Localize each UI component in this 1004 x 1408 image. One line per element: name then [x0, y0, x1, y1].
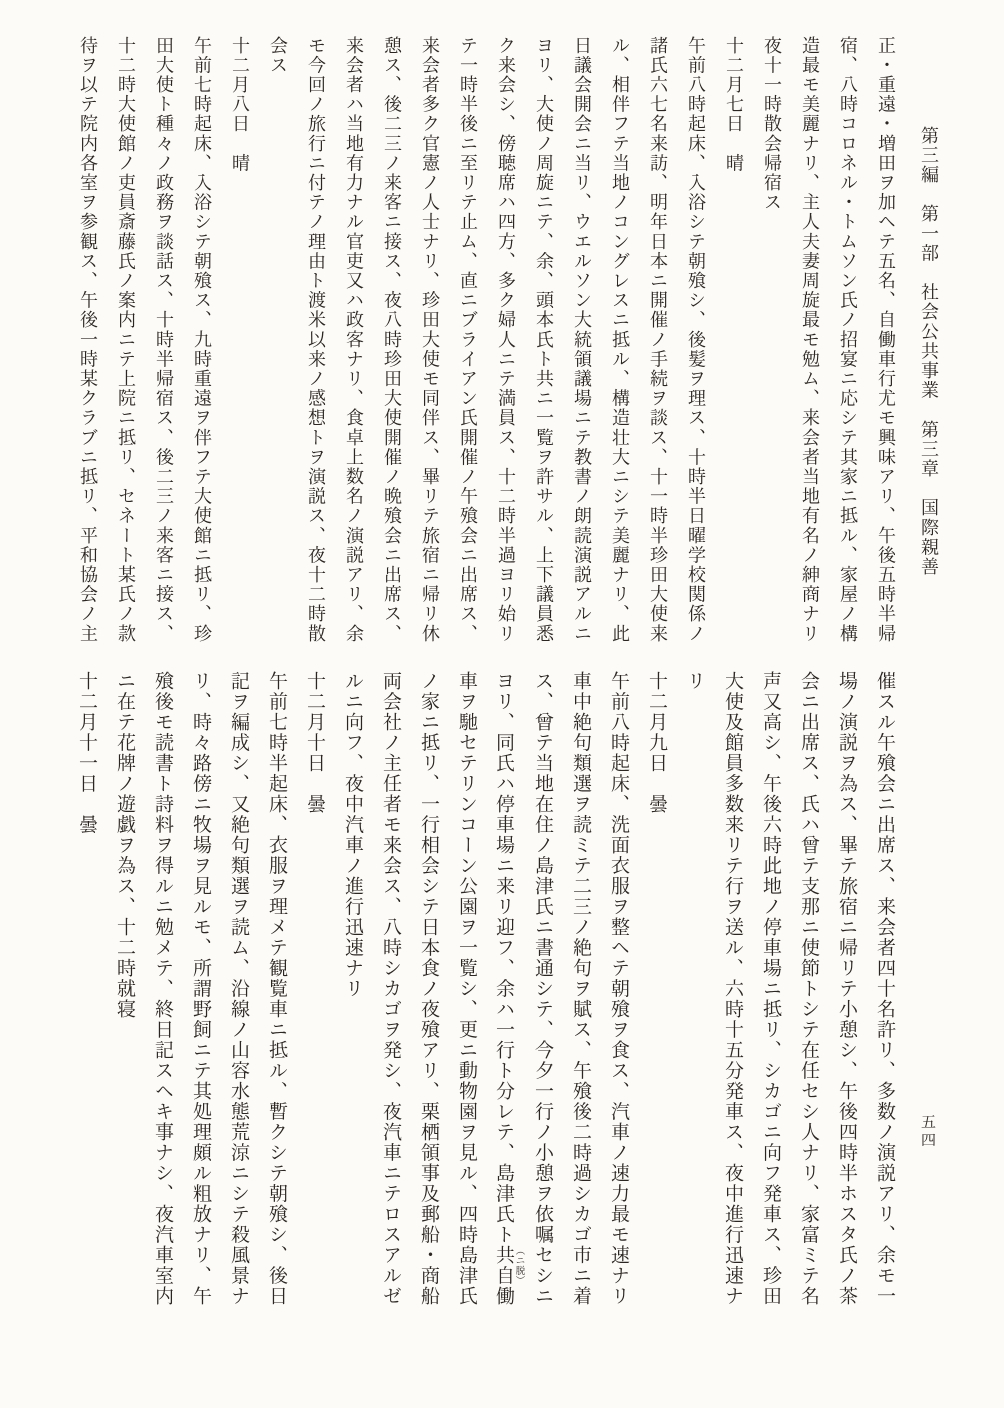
text-column: 正・重遠・増田ヲ加ヘテ五名、自働車行尤モ興味アリ、午後五時半帰: [866, 36, 904, 660]
text-column: 諸氏六七名来訪、明年日本ニ開催ノ手続ヲ談ス、十一時半珍田大使来: [638, 36, 676, 660]
text-column: 十二月九日 曇: [638, 671, 676, 1333]
text-column: モ今回ノ旅行ニ付テノ理由ト渡米以来ノ感想トヲ演説ス、夜十二時散: [296, 36, 334, 660]
text-column: 声又高シ、午後六時此地ノ停車場ニ抵リ、シカゴニ向フ発車ス、珍田: [752, 671, 790, 1333]
editorial-note: （ニ脱）: [514, 1245, 525, 1286]
text-column: ス、曾テ当地在住ノ島津氏ニ書通シテ、今夕一行ノ小憩ヲ依嘱セシニ: [524, 671, 562, 1333]
text-column: ヨリ、同氏ハ停車場ニ来リ迎フ、余ハ一行ト分レテ、島津氏ト共自（ニ脱）働: [486, 671, 524, 1333]
text-column: 来会者多ク官憲ノ人士ナリ、珍田大使モ同伴ス、畢リテ旅宿ニ帰リ休: [410, 36, 448, 660]
text-column: 会ニ出席ス、氏ハ曾テ支那ニ使節トシテ在任セシ人ナリ、家富ミテ名: [790, 671, 828, 1333]
text-column: ルニ向フ、夜中汽車ノ進行迅速ナリ: [334, 671, 372, 1333]
text-column: 車ヲ馳セテリンコーン公園ヲ一覧シ、更ニ動物園ヲ見ル、四時島津氏: [448, 671, 486, 1333]
text-column: 十二月八日 晴: [220, 36, 258, 660]
text-column: テ一時半後ニ至リテ止ム、直ニブライアン氏開催ノ午飱会ニ出席ス、: [448, 36, 486, 660]
text-column: ル、相伴フテ当地ノコングレスニ抵ル、構造壮大ニシテ美麗ナリ、此: [600, 36, 638, 660]
text-column: ヨリ、大使ノ周旋ニテ、余、頭本氏ト共ニ一覧ヲ許サル、上下議員悉: [524, 36, 562, 660]
text-column: 十二時大使館ノ吏員斎藤氏ノ案内ニテ上院ニ抵リ、セネート某氏ノ款: [106, 36, 144, 660]
text-column: 待ヲ以テ院内各室ヲ参観ス、午後一時某クラブニ抵リ、平和協会ノ主: [68, 36, 106, 660]
text-column: リ: [676, 671, 714, 1333]
text-column: 午前七時起床、入浴シテ朝飱ス、九時重遠ヲ伴フテ大使館ニ抵リ、珍: [182, 36, 220, 660]
text-column: 来会者ハ当地有力ナル官吏又ハ政客ナリ、食卓上数名ノ演説アリ、余: [334, 36, 372, 660]
text-column: ニ在テ花牌ノ遊戯ヲ為ス、十二時就寝: [106, 671, 144, 1333]
text-column: 十二月十一日 曇: [68, 671, 106, 1333]
text-column: 車中絶句類選ヲ読ミテ二三ノ絶句ヲ賦ス、午飱後二時過シカゴ市ニ着: [562, 671, 600, 1333]
text-column: 場ノ演説ヲ為ス、畢テ旅宿ニ帰リテ小憩シ、午後四時半ホスタ氏ノ茶: [828, 671, 866, 1333]
text-column: 会ス: [258, 36, 296, 660]
text-column: リ、時々路傍ニ牧場ヲ見ルモ、所謂野飼ニテ其処理頗ル粗放ナリ、午: [182, 671, 220, 1333]
running-head: 第三編 第一部 社会公共事業 第三章 国際親善: [915, 126, 941, 577]
text-column: 十二月七日 晴: [714, 36, 752, 660]
text-column: 造最モ美麗ナリ、主人夫妻周旋最モ勉ム、来会者当地有名ノ紳商ナリ: [790, 36, 828, 660]
text-column: 日議会開会ニ当リ、ウエルソン大統領議場ニテ教書ノ朗読演説アルニ: [562, 36, 600, 660]
text-column: ノ家ニ抵リ、一行相会シテ日本食ノ夜飱アリ、栗栖領事及郵船・商船: [410, 671, 448, 1333]
text-column: 大使及館員多数来リテ行ヲ送ル、六時十五分発車ス、夜中進行迅速ナ: [714, 671, 752, 1333]
text-column: 両会社ノ主任者モ来会ス、八時シカゴヲ発シ、夜汽車ニテロスアルゼ: [372, 671, 410, 1333]
diary-text-block-upper: 正・重遠・増田ヲ加ヘテ五名、自働車行尤モ興味アリ、午後五時半帰宿、八時コロネル・…: [68, 36, 904, 660]
text-column: 記ヲ編成シ、又絶句類選ヲ読ム、沿線ノ山容水態荒涼ニシテ殺風景ナ: [220, 671, 258, 1333]
text-column: 午前八時起床、洗面衣服ヲ整ヘテ朝飱ヲ食ス、汽車ノ速力最モ速ナリ: [600, 671, 638, 1333]
text-column: 飱後モ読書ト詩料ヲ得ルニ勉メテ、終日記スヘキ事ナシ、夜汽車室内: [144, 671, 182, 1333]
text-column: 午前八時起床、入浴シテ朝飱シ、後髪ヲ理ス、十時半日曜学校関係ノ: [676, 36, 714, 660]
text-column: 憩ス、後二三ノ来客ニ接ス、夜八時珍田大使開催ノ晩飱会ニ出席ス、: [372, 36, 410, 660]
editorial-note-base: 共自（ニ脱）: [493, 1245, 515, 1286]
text-column: 催スル午飱会ニ出席ス、来会者四十名許リ、多数ノ演説アリ、余モ一: [866, 671, 904, 1333]
diary-text-block-lower: 催スル午飱会ニ出席ス、来会者四十名許リ、多数ノ演説アリ、余モ一場ノ演説ヲ為ス、畢…: [68, 671, 904, 1333]
text-column: 夜十一時散会帰宿ス: [752, 36, 790, 660]
book-page: 第三編 第一部 社会公共事業 第三章 国際親善 五四 正・重遠・増田ヲ加ヘテ五名…: [0, 0, 1004, 1408]
text-column: ク来会シ、傍聴席ハ四方、多ク婦人ニテ満員ス、十二時半過ヨリ始リ: [486, 36, 524, 660]
page-number: 五四: [918, 1114, 939, 1150]
text-column: 午前七時半起床、衣服ヲ理メテ観覧車ニ抵ル、暫クシテ朝飱シ、後日: [258, 671, 296, 1333]
text-column: 十二月十日 曇: [296, 671, 334, 1333]
text-column: 田大使ト種々ノ政務ヲ談話ス、十時半帰宿ス、後二三ノ来客ニ接ス、: [144, 36, 182, 660]
text-column: 宿、八時コロネル・トムソン氏ノ招宴ニ応シテ其家ニ抵ル、家屋ノ構: [828, 36, 866, 660]
